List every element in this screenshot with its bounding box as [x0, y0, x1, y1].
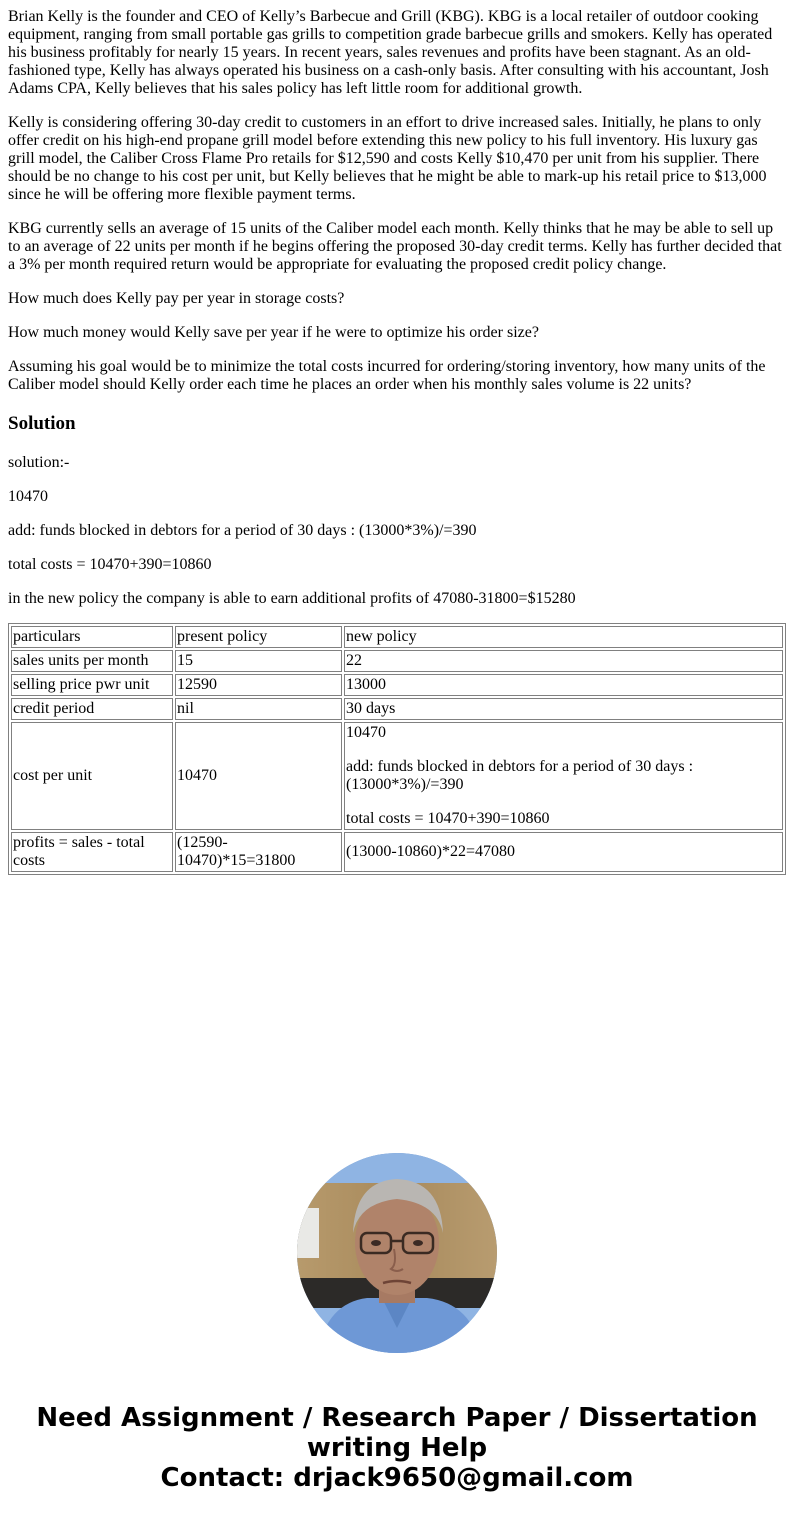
table-cell-present: nil — [175, 698, 342, 720]
table-cell-particular: credit period — [11, 698, 173, 720]
person-portrait-icon — [297, 1153, 497, 1353]
table-cell-present: (12590-10470)*15=31800 — [175, 832, 342, 872]
question-paragraph: KBG currently sells an average of 15 uni… — [8, 220, 786, 274]
table-cell-particular: cost per unit — [11, 722, 173, 830]
table-cell-particular: selling price pwr unit — [11, 674, 173, 696]
table-header-cell: particulars — [11, 626, 173, 648]
table-cell-present: 12590 — [175, 674, 342, 696]
solution-line: solution:- — [8, 454, 786, 472]
tutor-avatar — [297, 1153, 497, 1353]
question-paragraph: How much does Kelly pay per year in stor… — [8, 290, 786, 308]
promo-contact: Contact: drjack9650@gmail.com — [0, 1463, 794, 1493]
table-cell-new: (13000-10860)*22=47080 — [344, 832, 783, 872]
table-cell-particular: profits = sales - total costs — [11, 832, 173, 872]
table-cell-new: 30 days — [344, 698, 783, 720]
table-row: profits = sales - total costs (12590-104… — [11, 832, 783, 872]
table-cell-particular: sales units per month — [11, 650, 173, 672]
solution-line: in the new policy the company is able to… — [8, 590, 786, 608]
table-header-row: particulars present policy new policy — [11, 626, 783, 648]
solution-line: add: funds blocked in debtors for a peri… — [8, 522, 786, 540]
table-cell-new: 22 — [344, 650, 783, 672]
solution-heading: Solution — [8, 413, 786, 435]
question-paragraph: Assuming his goal would be to minimize t… — [8, 358, 786, 394]
table-row: cost per unit 10470 10470 add: funds blo… — [11, 722, 783, 830]
cell-line: 10470 — [346, 724, 781, 742]
table-cell-present: 15 — [175, 650, 342, 672]
question-paragraph: Brian Kelly is the founder and CEO of Ke… — [8, 8, 786, 98]
table-row: sales units per month 15 22 — [11, 650, 783, 672]
table-cell-new: 10470 add: funds blocked in debtors for … — [344, 722, 783, 830]
cell-line: add: funds blocked in debtors for a peri… — [346, 758, 781, 794]
question-paragraph: How much money would Kelly save per year… — [8, 324, 786, 342]
table-cell-new: 13000 — [344, 674, 783, 696]
question-paragraph: Kelly is considering offering 30-day cre… — [8, 114, 786, 204]
promo-headline: Need Assignment / Research Paper / Disse… — [0, 1403, 794, 1463]
solution-line: 10470 — [8, 488, 786, 506]
question-section: Brian Kelly is the founder and CEO of Ke… — [8, 8, 786, 394]
solution-section: solution:- 10470 add: funds blocked in d… — [8, 454, 786, 608]
table-row: credit period nil 30 days — [11, 698, 783, 720]
cell-line: total costs = 10470+390=10860 — [346, 810, 781, 828]
table-header-cell: present policy — [175, 626, 342, 648]
solution-line: total costs = 10470+390=10860 — [8, 556, 786, 574]
promo-banner: Need Assignment / Research Paper / Disse… — [0, 1403, 794, 1493]
table-cell-present: 10470 — [175, 722, 342, 830]
table-header-cell: new policy — [344, 626, 783, 648]
policy-comparison-table: particulars present policy new policy sa… — [8, 623, 786, 875]
table-row: selling price pwr unit 12590 13000 — [11, 674, 783, 696]
document-content: Brian Kelly is the founder and CEO of Ke… — [0, 0, 794, 875]
